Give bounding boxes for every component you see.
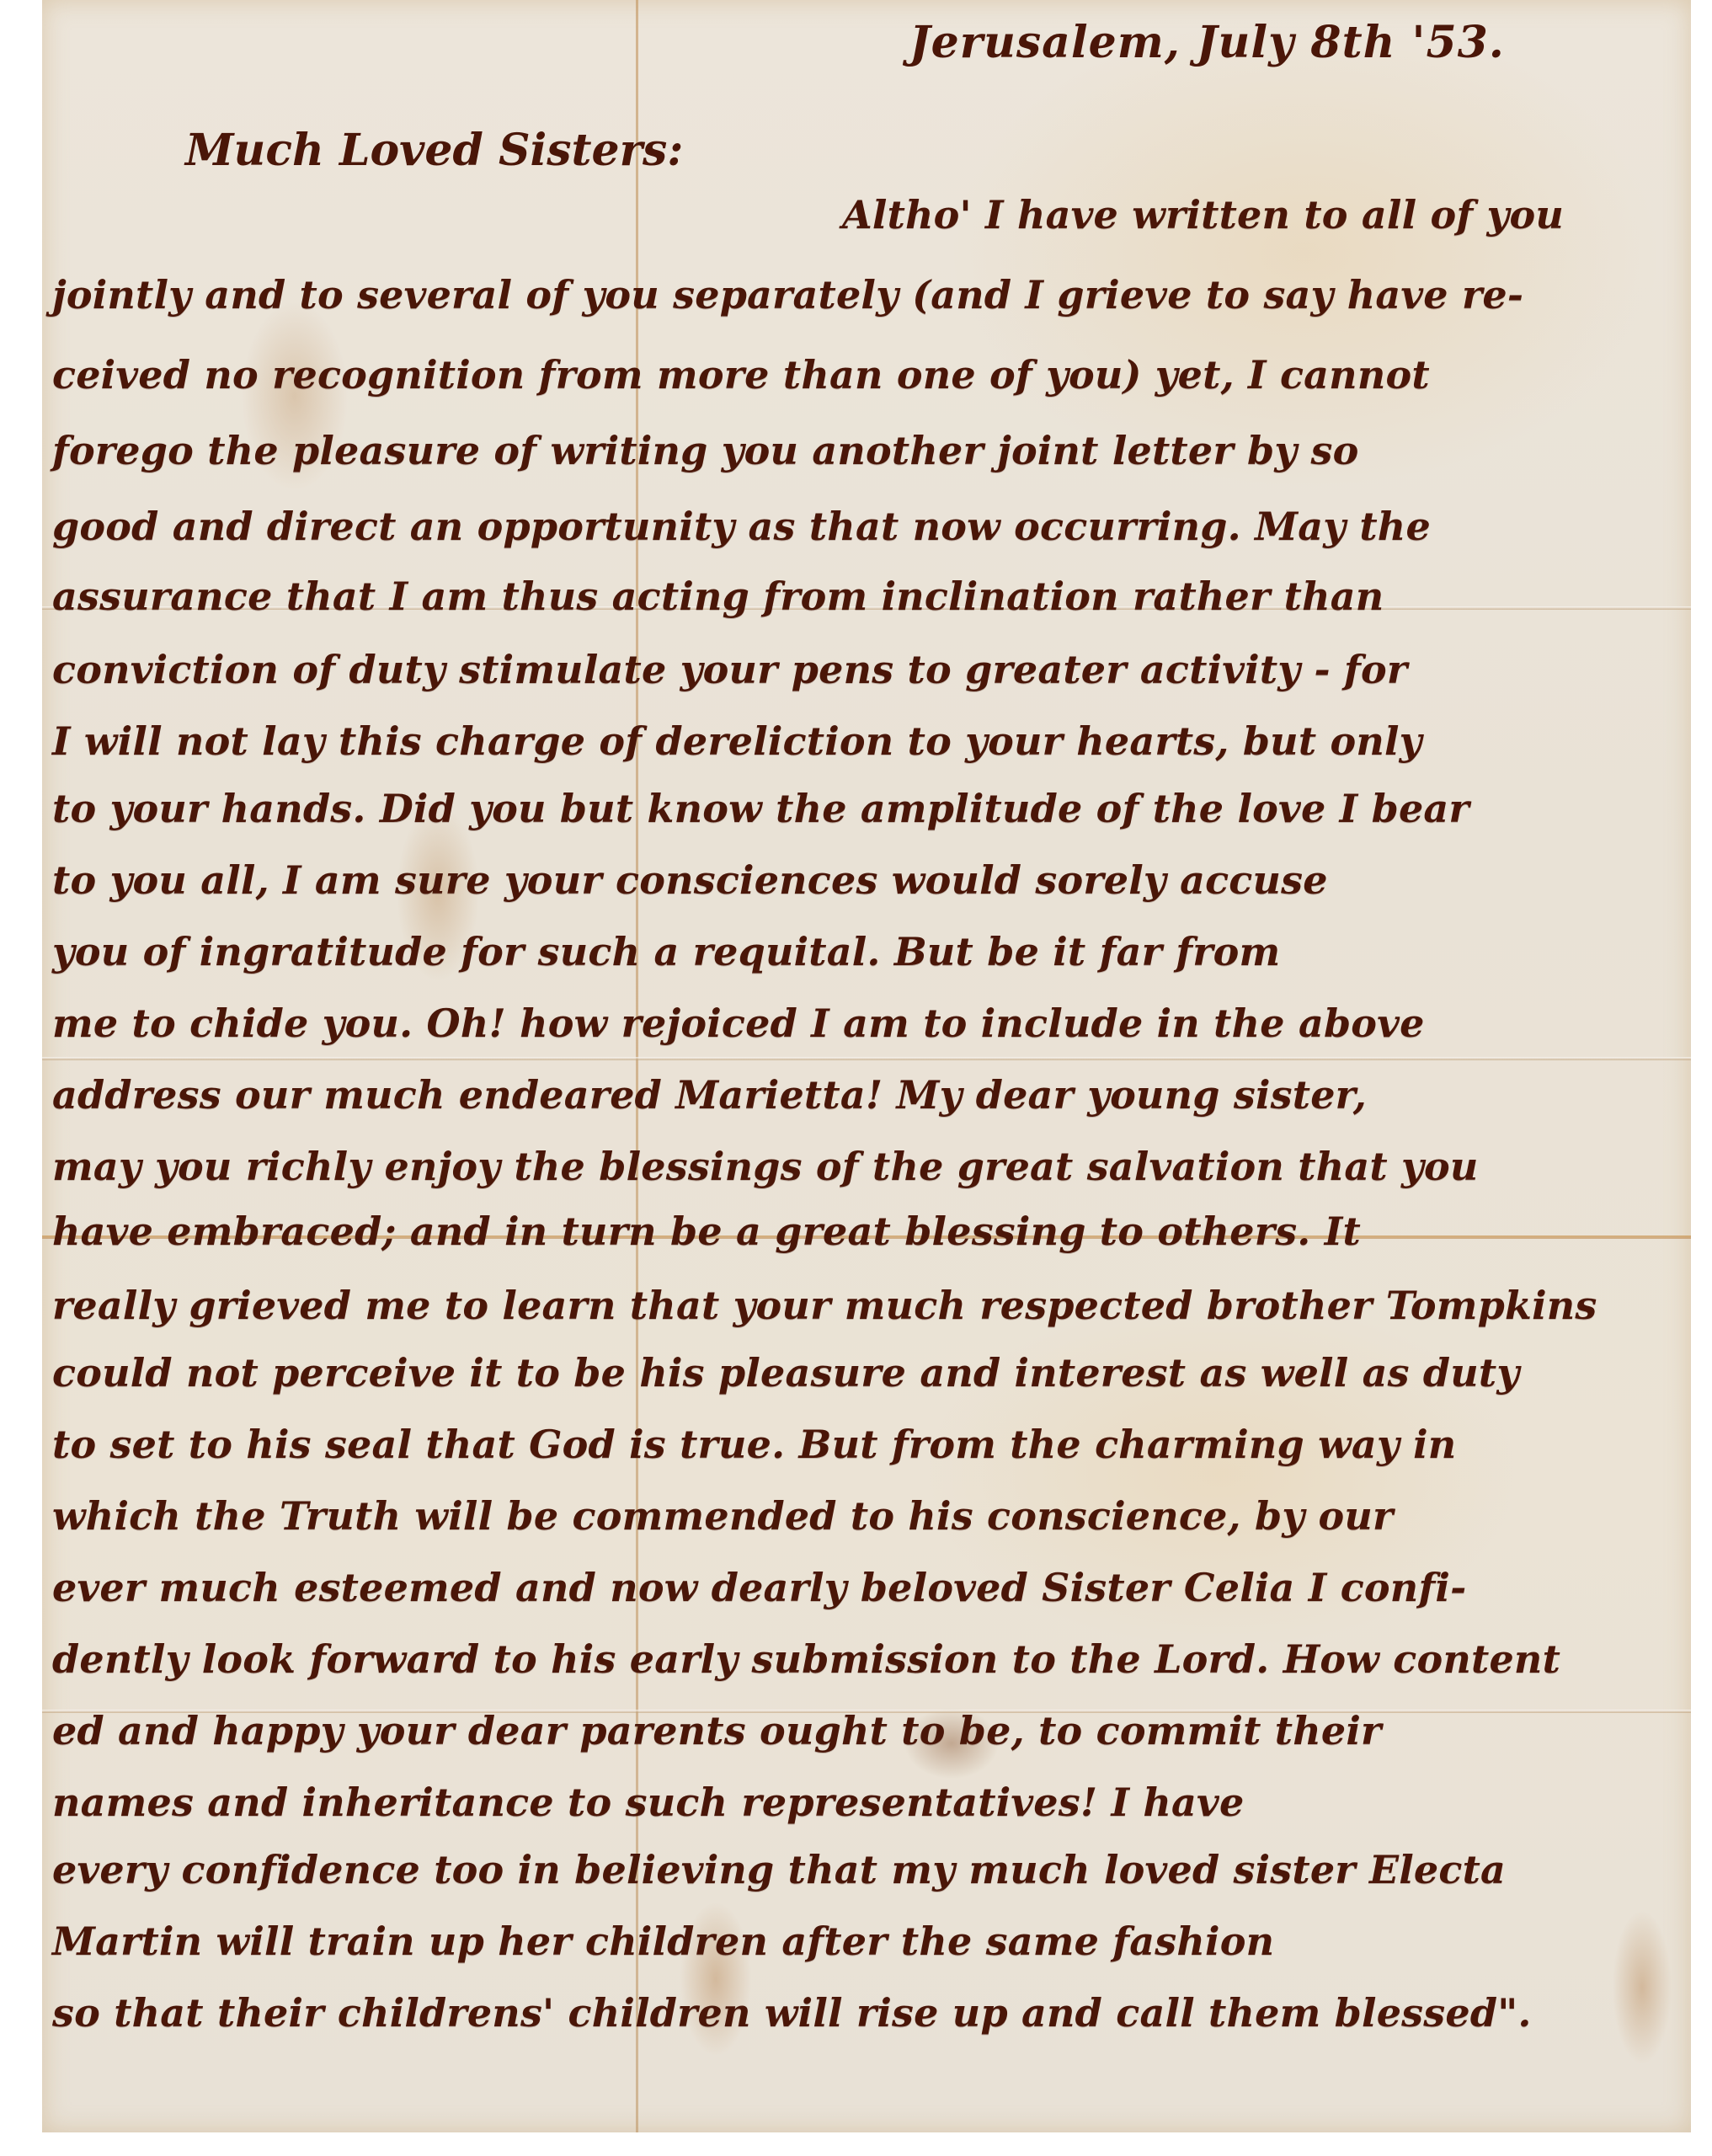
letter-line: have embraced; and in turn be a great bl…: [52, 1206, 1686, 1257]
letter-salutation: Much Loved Sisters:: [185, 125, 684, 176]
letter-line: every confidence too in believing that m…: [52, 1844, 1686, 1895]
letter-line: Martin will train up her children after …: [52, 1916, 1686, 1967]
letter-line: to you all, I am sure your consciences w…: [52, 855, 1686, 905]
letter-line: ever much esteemed and now dearly belove…: [52, 1562, 1686, 1613]
letter-line: ed and happy your dear parents ought to …: [52, 1705, 1686, 1756]
letter-line: good and direct an opportunity as that n…: [52, 501, 1686, 552]
letter-line: may you richly enjoy the blessings of th…: [52, 1141, 1686, 1192]
letter-line: really grieved me to learn that your muc…: [52, 1280, 1686, 1331]
letter-line: Altho' I have written to all of you: [842, 189, 1684, 240]
letter-dateline: Jerusalem, July 8th '53.: [909, 17, 1505, 68]
letter-line: I will not lay this charge of derelictio…: [52, 716, 1686, 766]
letter-line: me to chide you. Oh! how rejoiced I am t…: [52, 998, 1686, 1049]
letter-line: ceived no recognition from more than one…: [52, 350, 1686, 400]
letter-line: could not perceive it to be his pleasure…: [52, 1347, 1686, 1398]
letter-line: to set to his seal that God is true. But…: [52, 1419, 1686, 1470]
letter-line: forego the pleasure of writing you anoth…: [52, 425, 1686, 476]
letter-line: you of ingratitude for such a requital. …: [52, 926, 1686, 977]
letter-line: jointly and to several of you separately…: [52, 269, 1686, 320]
handwritten-letter: Jerusalem, July 8th '53. Much Loved Sist…: [42, 0, 1691, 2132]
letter-line: assurance that I am thus acting from inc…: [52, 571, 1686, 622]
letter-line: dently look forward to his early submiss…: [52, 1634, 1686, 1684]
letter-line: address our much endeared Marietta! My d…: [52, 1070, 1686, 1120]
letter-line: so that their childrens' children will r…: [52, 1988, 1686, 2038]
letter-line: names and inheritance to such representa…: [52, 1777, 1686, 1828]
letter-line: to your hands. Did you but know the ampl…: [52, 783, 1686, 834]
letter-line: which the Truth will be commended to his…: [52, 1491, 1686, 1541]
letter-line: conviction of duty stimulate your pens t…: [52, 644, 1686, 695]
